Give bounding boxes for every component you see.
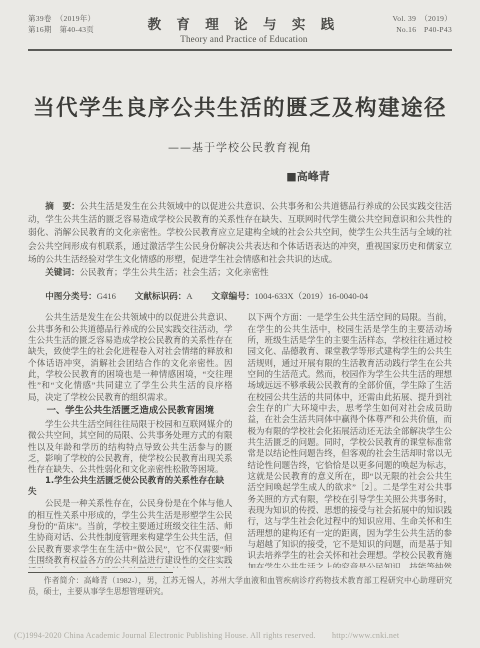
column-right: 以下两个方面：一是学生公共生活空间的局限。当前，在学生的公共生活中，校园生活是学… [248,312,453,568]
body-paragraph: 公共生活是发生在公共领域中的以促进公共意识、公共事务和公共道德品行养成的公民实践… [28,312,233,403]
doc-code-label: 文献标识码： [135,291,187,301]
keywords-text: 公民教育；学生公共生活；社会生活；文化亲密性 [80,267,269,277]
journal-title-block: 教 育 理 论 与 实 践 Theory and Practice of Edu… [148,13,341,44]
issue-pages-cn: 第16期 第40-43页 [28,25,95,36]
article-title: 当代学生良序公共生活的匮乏及构建途径 [28,91,452,122]
article-no-value: 1004-633X（2019）16-0040-04 [254,291,368,301]
issue-info-right: Vol. 39 （2019） No.16 P40-P43 [393,14,452,35]
journal-title-en: Theory and Practice of Education [148,34,341,44]
journal-page: 第39卷 （2019年） 第16期 第40-43页 教 育 理 论 与 实 践 … [0,0,480,648]
footnote-divider [28,572,173,573]
keywords: 关键词：公民教育；学生公共生活；社会生活；文化亲密性 [28,266,452,279]
section-heading: 1.学生公共生活匮乏使公民教育的关系性存在缺失 [28,476,233,499]
body-paragraph: 学生公共生活空间往往局限于校园和互联网媒介的微公共空间，其空间的局限、公共事务处… [28,419,233,476]
abstract-text: 公共生活是发生在公共领域中的以促进公共意识、公共事务和公共道德品行养成的公民实践… [28,201,452,264]
abstract-label: 摘 要： [45,201,80,211]
clc-label: 中图分类号： [45,291,97,301]
body-paragraph: 以下两个方面：一是学生公共生活空间的局限。当前，在学生的公共生活中，校园生活是学… [248,312,453,568]
volume-en: Vol. 39 （2019） [393,14,452,25]
keywords-label: 关键词： [45,267,79,277]
doc-code-value: A [186,291,192,301]
copyright-line: (C)1994-2020 China Academic Journal Elec… [14,630,470,641]
meta-line: 中图分类号：G416文献标识码：A文章编号：1004-633X（2019）16-… [28,290,452,302]
volume-cn: 第39卷 （2019年） [28,14,95,25]
issue-info-left: 第39卷 （2019年） 第16期 第40-43页 [28,14,95,35]
issue-pages-en: No.16 P40-P43 [393,25,452,36]
body-paragraph: 公民是一种关系性存在，公民身份是在个体与他人的相互性关系中形成的，学生公共生活是… [28,498,233,568]
body-columns: 公共生活是发生在公共领域中的以促进公共意识、公共事务和公共道德品行养成的公民实践… [28,312,452,568]
clc-value: G416 [97,291,116,301]
journal-title-cn: 教 育 理 论 与 实 践 [148,13,341,33]
section-heading: 一、学生公共生活匮乏造成公民教育困境 [28,405,233,417]
journal-header: 第39卷 （2019年） 第16期 第40-43页 教 育 理 论 与 实 践 … [28,0,452,51]
author-bio-footnote: 作者简介：高峰青（1982-），男，江苏无锡人，苏州大学血液和血管疾病诊疗药物技… [28,576,452,598]
column-left: 公共生活是发生在公共领域中的以促进公共意识、公共事务和公共道德品行养成的公民实践… [28,312,233,568]
article-subtitle: ——基于学校公民教育视角 [28,139,452,155]
article-no-label: 文章编号： [211,291,254,301]
author-line: ■高峰青 [96,168,480,184]
abstract: 摘 要：公共生活是发生在公共领域中的以促进公共意识、公共事务和公共道德品行养成的… [28,200,452,266]
